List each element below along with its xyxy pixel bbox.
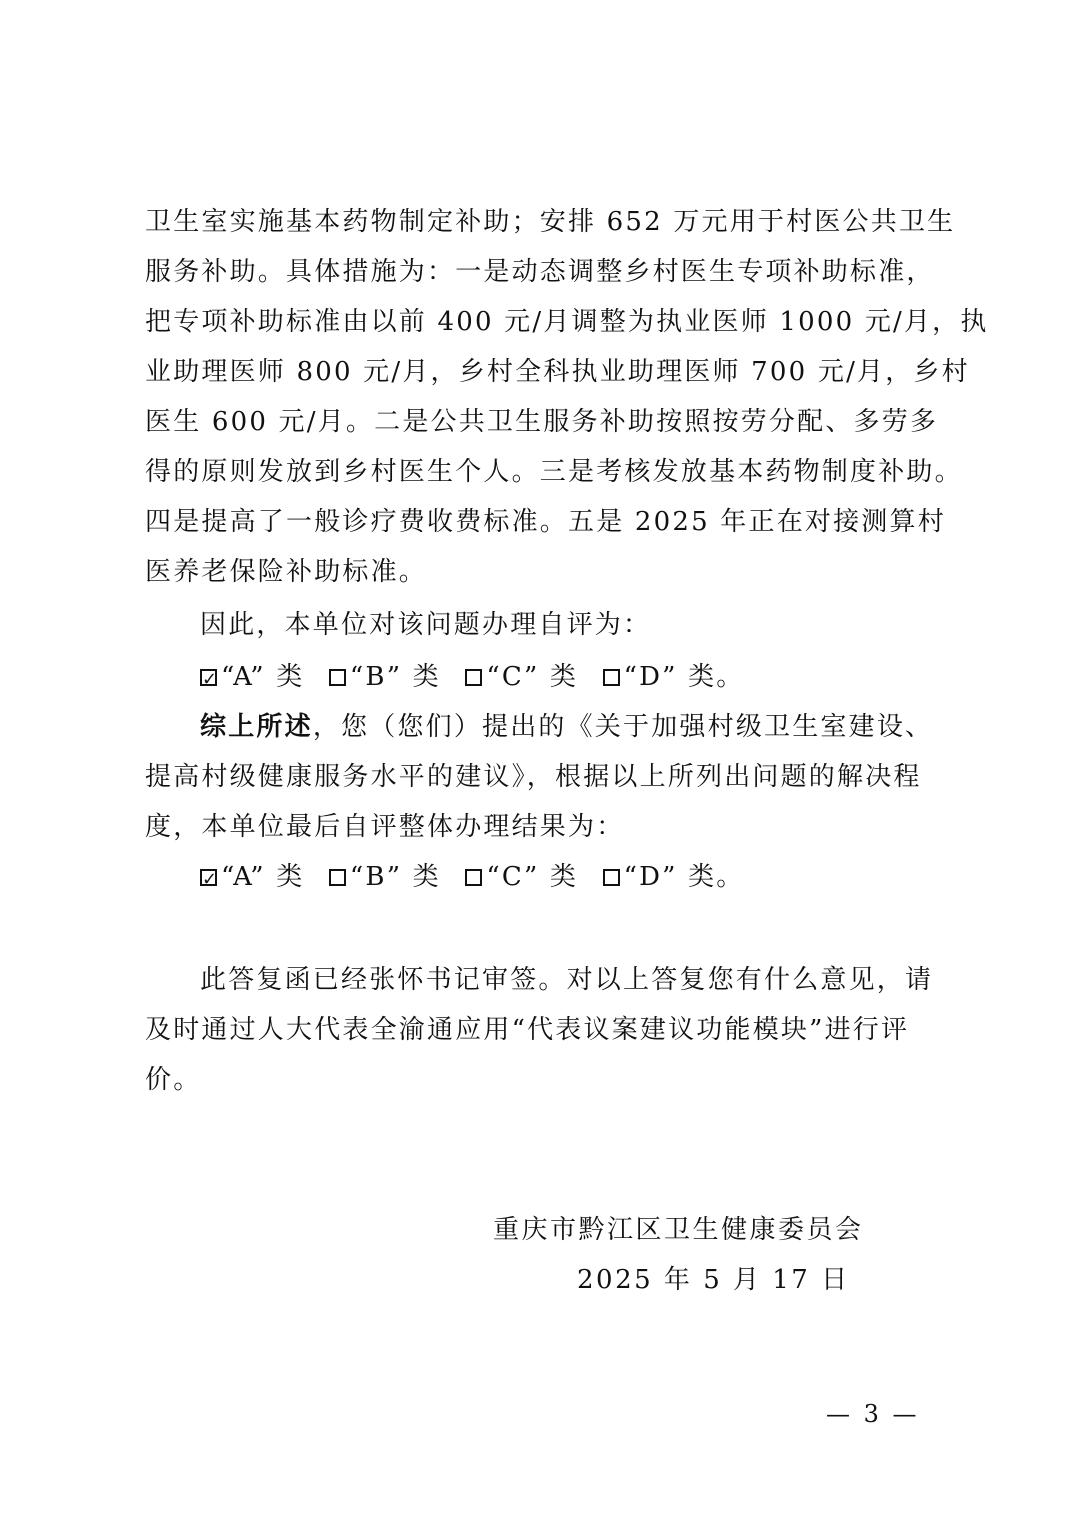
checkbox-checked-icon[interactable] — [200, 869, 217, 886]
rating2-option-a[interactable]: “A” 类 — [200, 862, 304, 892]
rating2-option-b[interactable]: “B” 类 — [329, 862, 441, 892]
self-eval-intro: 因此，本单位对该问题办理自评为： — [200, 608, 651, 642]
body-line-6: 得的原则发放到乡村医生个人。三是考核发放基本药物制度补助。 — [145, 455, 963, 489]
closing-line-3: 价。 — [145, 1063, 201, 1097]
body-line-8: 医养老保险补助标准。 — [145, 555, 427, 589]
summary-line-1: 综上所述，您（您们）提出的《关于加强村级卫生室建设、 — [200, 710, 933, 744]
signature-org: 重庆市黔江区卫生健康委员会 — [493, 1213, 864, 1247]
rating-row-1: “A” 类 “B” 类 “C” 类 “D” 类。 — [200, 660, 758, 694]
rating1-option-d[interactable]: “D” 类。 — [603, 662, 745, 692]
checkbox-checked-icon[interactable] — [200, 669, 217, 686]
checkbox-empty-icon[interactable] — [329, 869, 346, 886]
checkbox-empty-icon[interactable] — [603, 669, 620, 686]
summary-line-3: 度，本单位最后自评整体办理结果为： — [145, 810, 624, 844]
closing-line-1: 此答复函已经张怀书记审签。对以上答复您有什么意见，请 — [200, 963, 933, 997]
body-line-5: 医生 600 元/月。二是公共卫生服务补助按照按劳分配、多劳多 — [145, 405, 938, 439]
rating1-option-a[interactable]: “A” 类 — [200, 662, 304, 692]
checkbox-empty-icon[interactable] — [329, 669, 346, 686]
page-number: — 3 — — [826, 1400, 920, 1428]
body-line-2: 服务补助。具体措施为：一是动态调整乡村医生专项补助标准， — [145, 255, 935, 289]
checkbox-empty-icon[interactable] — [465, 669, 482, 686]
checkbox-empty-icon[interactable] — [603, 869, 620, 886]
rating2-option-d[interactable]: “D” 类。 — [603, 862, 745, 892]
closing-line-2: 及时通过人大代表全渝通应用“代表议案建议功能模块”进行评 — [145, 1013, 909, 1047]
body-line-7: 四是提高了一般诊疗费收费标准。五是 2025 年正在对接测算村 — [145, 505, 946, 539]
body-line-1: 卫生室实施基本药物制定补助；安排 652 万元用于村医公共卫生 — [145, 205, 955, 239]
body-line-4: 业助理医师 800 元/月，乡村全科执业助理医师 700 元/月，乡村 — [145, 355, 970, 389]
checkbox-empty-icon[interactable] — [465, 869, 482, 886]
rating-row-2: “A” 类 “B” 类 “C” 类 “D” 类。 — [200, 860, 758, 894]
rating2-option-c[interactable]: “C” 类 — [465, 862, 578, 892]
rating1-option-b[interactable]: “B” 类 — [329, 662, 441, 692]
summary-line-2: 提高村级健康服务水平的建议》，根据以上所列出问题的解决程 — [145, 760, 922, 794]
signature-date: 2025 年 5 月 17 日 — [577, 1263, 850, 1297]
rating1-option-c[interactable]: “C” 类 — [465, 662, 578, 692]
summary-heading: 综上所述 — [200, 712, 313, 742]
body-line-3: 把专项补助标准由以前 400 元/月调整为执业医师 1000 元/月，执 — [145, 305, 989, 339]
